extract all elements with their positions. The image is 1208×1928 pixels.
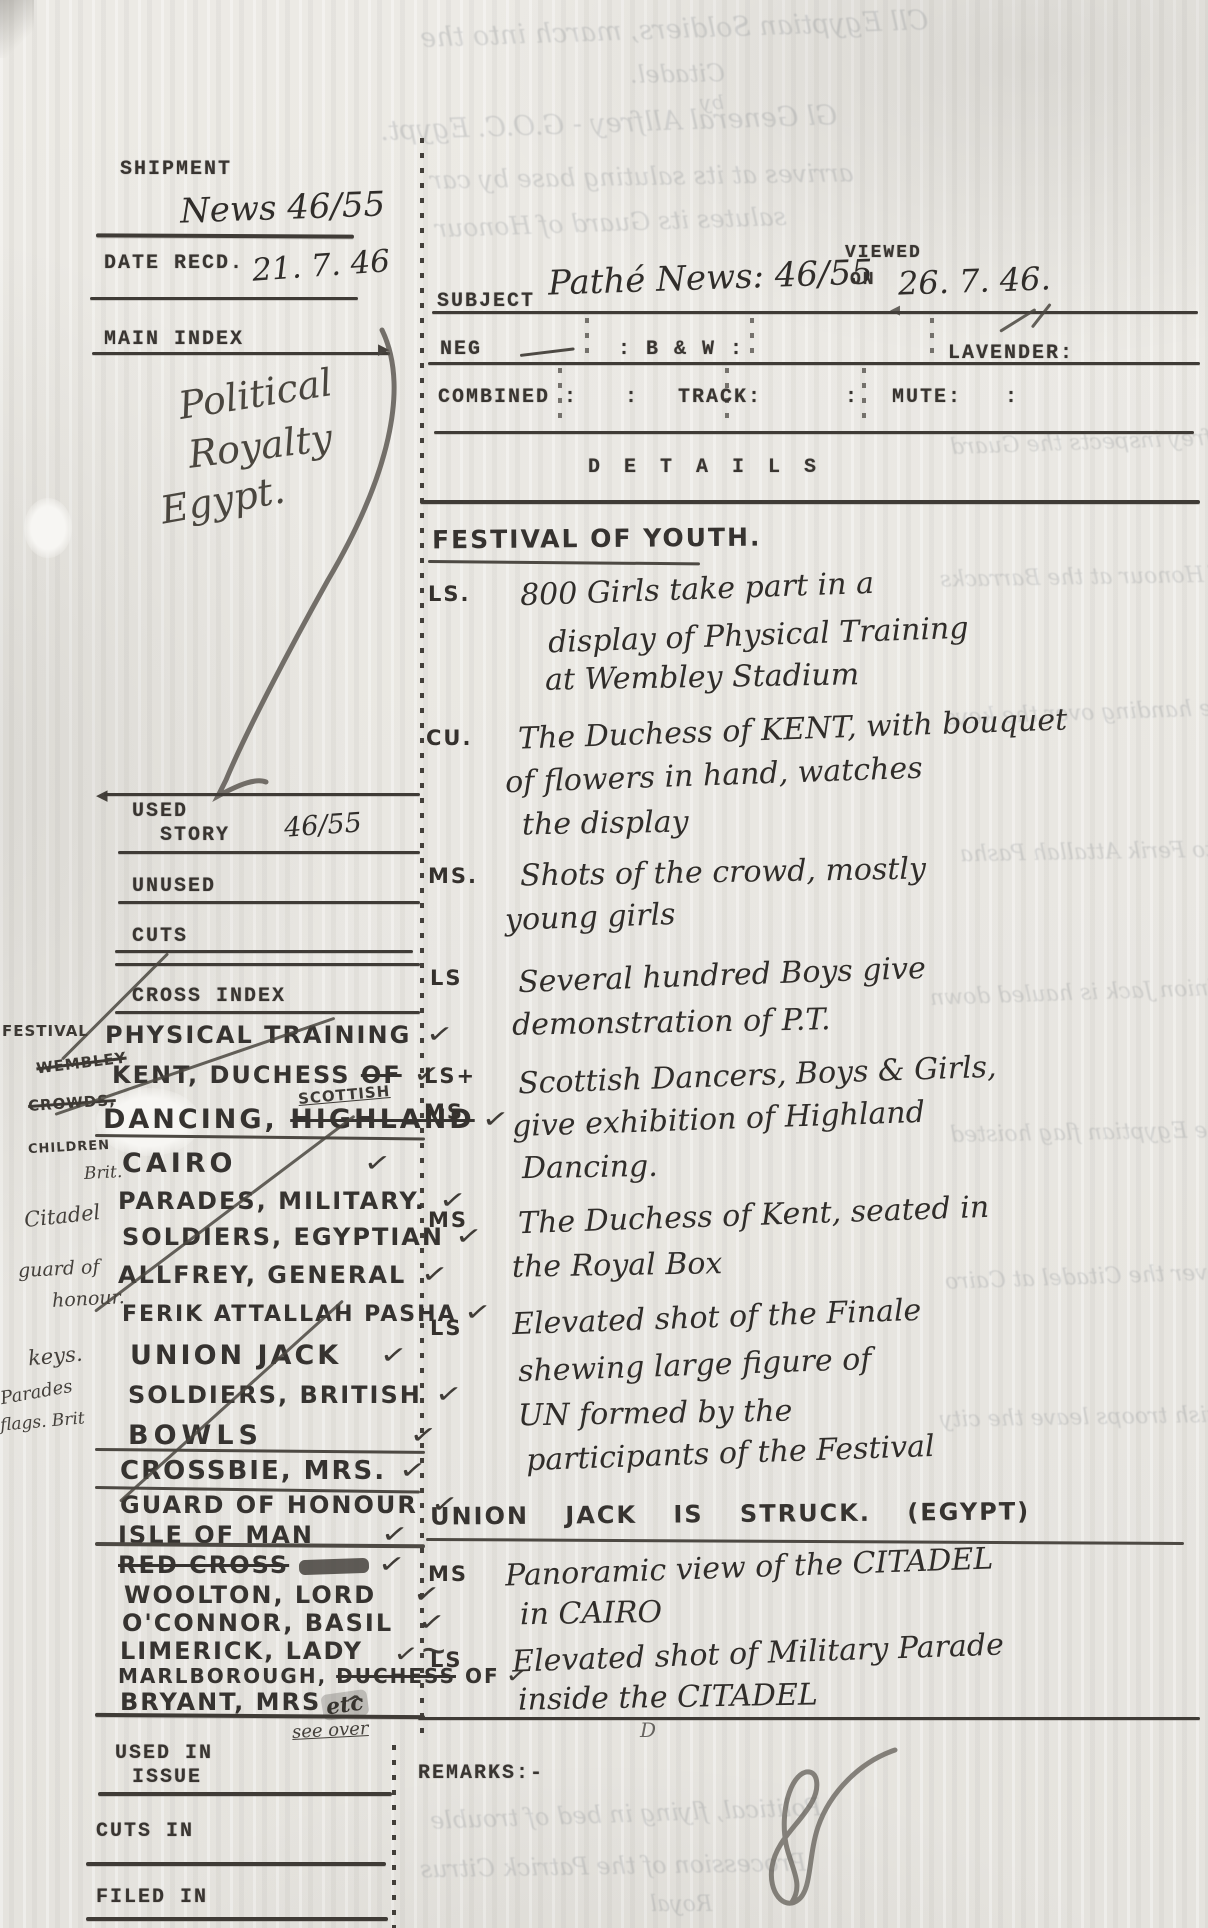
pen-arrow (520, 347, 575, 357)
cuts-in-label: CUTS IN (96, 1820, 194, 1843)
item-label: BRYANT, MRS (120, 1688, 321, 1716)
shot-abbr: LS+ (424, 1064, 476, 1088)
rule (118, 851, 420, 854)
margin-note: Brit. (84, 1162, 123, 1184)
story-value-handwritten: 46/55 (283, 807, 363, 843)
shot-line: Panoramic view of the CITADEL (505, 1541, 994, 1593)
bleed-through-line: and the Egyptian flag hoisted (950, 1117, 1208, 1148)
colon-mark: : (1005, 386, 1019, 409)
cross-index-item: CAIRO✓ (122, 1148, 392, 1179)
bleed-through-line: Citadel. (630, 59, 725, 89)
item-label: OF (465, 1664, 500, 1688)
item-label: DANCING, (103, 1104, 278, 1135)
rule (95, 1713, 425, 1719)
shot-line: participants of the Festival (526, 1429, 936, 1478)
colon-mark: : (845, 386, 859, 409)
dotted-column (930, 318, 934, 362)
shot-line: shewing large figure of (517, 1342, 871, 1389)
pen-stroke (150, 318, 410, 808)
corner-fold (0, 0, 34, 58)
bleed-through-line: Cll Egyptian Soldiers, march into the (420, 5, 929, 54)
cross-index-item: KENT, DUCHESS OF✓ (112, 1060, 439, 1090)
rule (428, 362, 1200, 365)
item-label: CAIRO (122, 1148, 237, 1179)
arrow-left-icon: ◀ (890, 303, 902, 318)
section-title: FESTIVAL OF YOUTH. (432, 523, 762, 555)
margin-note: honour. (51, 1286, 125, 1312)
rule (418, 1717, 1200, 1720)
item-label: FERIK ATTALLAH PASHA (122, 1302, 457, 1327)
shot-abbr: LS (430, 1648, 463, 1672)
check-mark: ✓ (392, 1639, 420, 1669)
shot-line: The Duchess of Kent, seated in (518, 1190, 990, 1241)
item-label: RED CROSS (118, 1551, 289, 1579)
cuts-label: CUTS (132, 925, 188, 948)
bleed-through-line: over the Citadel at Cairo (945, 1260, 1208, 1295)
rule (420, 500, 1200, 504)
see-over-note: see over (292, 1718, 370, 1743)
cross-index-item: WOOLTON, LORD✓ (124, 1580, 440, 1610)
rule (90, 297, 358, 300)
shot-line: in CAIRO (520, 1595, 663, 1632)
details-heading: D E T A I L S (588, 456, 822, 479)
margin-note: keys. (27, 1342, 83, 1371)
used-story-label: USED (132, 800, 188, 823)
cross-index-item: BOWLS✓ (128, 1420, 440, 1451)
page-mark: D (640, 1718, 656, 1742)
item-label: PARADES, MILITARY. (118, 1187, 426, 1215)
cross-index-item: ALLFREY, GENERAL✓ (118, 1260, 448, 1290)
margin-note: guard of (17, 1256, 100, 1282)
subject-label: SUBJECT (437, 290, 535, 313)
scribbled-out-word (299, 1557, 369, 1574)
check-mark: ✓ (379, 1339, 413, 1372)
unused-label: UNUSED (132, 875, 216, 898)
item-label: SOLDIERS, EGYPTIAN (122, 1223, 444, 1251)
margin-note: flags. Brit (0, 1408, 85, 1435)
item-label: LIMERICK, LADY (120, 1637, 363, 1665)
rule (96, 233, 354, 238)
shot-line: Shots of the crowd, mostly (520, 851, 927, 893)
shot-abbr: MS. (428, 864, 478, 888)
rule (115, 1011, 420, 1014)
check-mark: ✓ (408, 1419, 444, 1452)
cross-index-item: SOLDIERS, BRITISH✓ (128, 1380, 462, 1410)
margin-note: CHILDREN (28, 1138, 111, 1157)
dotted-column (585, 318, 589, 362)
rule (86, 1917, 388, 1921)
shot-abbr: MS (428, 1562, 468, 1586)
item-label: GUARD OF HONOUR (120, 1491, 418, 1519)
colon-mark: : (625, 386, 639, 409)
shot-line: of flowers in hand, watches (505, 751, 924, 801)
viewed-date-handwritten: 26. 7. 46. (897, 259, 1051, 302)
shot-line: at Wembley Stadium (545, 657, 860, 697)
index-card-scan: Cll Egyptian Soldiers, march into the Ci… (0, 0, 1208, 1928)
bleed-through-line: salutes its Guard of Honour (435, 202, 787, 243)
item-label: O'CONNOR, BASIL (122, 1609, 393, 1637)
shipment-value-handwritten: News 46/55 (179, 184, 385, 231)
margin-note: Citadel (23, 1200, 101, 1232)
check-mark: ✓ (420, 1259, 453, 1292)
bleed-through-line: to Ferik Attallah Pasha (960, 838, 1208, 867)
shipment-label: SHIPMENT (120, 158, 232, 181)
track-label: TRACK: (678, 386, 762, 409)
paper-hole (24, 498, 72, 558)
check-mark: ✓ (480, 1103, 514, 1136)
item-label: UNION JACK (130, 1340, 341, 1371)
check-mark: ✓ (362, 1147, 397, 1180)
filed-in-label: FILED IN (96, 1886, 208, 1909)
bleed-through-line: arrives at its saluting base by car (430, 158, 854, 194)
margin-note: FESTIVAL (2, 1022, 89, 1040)
bleed-through-line: of Honour at the Barracks (940, 562, 1208, 592)
dotted-column (750, 318, 754, 362)
pen-underline (428, 560, 700, 565)
rule (432, 311, 1198, 314)
bleed-through-line: Gl General Allfrey - G.O.C. Egypt. (380, 100, 838, 147)
pen-mark (1031, 303, 1052, 328)
date-received-label: DATE RECD. (104, 252, 244, 275)
shot-abbr: CU. (426, 726, 472, 750)
rule (434, 431, 1194, 434)
cross-index-item: PARADES, MILITARY.✓ (118, 1186, 466, 1216)
pen-underline (426, 1538, 1184, 1545)
check-mark: ✓ (377, 1549, 410, 1582)
mute-label: MUTE: (892, 386, 962, 409)
item-label: MARLBOROUGH, (118, 1664, 327, 1688)
rule (115, 950, 413, 953)
item-label: CROSSBIE, MRS. (120, 1456, 386, 1486)
viewed-on-label: ON (850, 270, 876, 290)
check-mark: ✓ (433, 1379, 466, 1412)
neg-value: : B & W : (618, 338, 744, 361)
shot-abbr: LS (430, 966, 463, 990)
used-in-label: USED IN (115, 1742, 213, 1765)
cross-index-label: CROSS INDEX (132, 985, 286, 1008)
combined-label: COMBINED : (438, 386, 578, 409)
check-mark: ✓ (425, 1019, 458, 1052)
shot-line: give exhibition of Highland (512, 1095, 926, 1144)
cross-index-item: O'CONNOR, BASIL✓ (122, 1608, 445, 1638)
item-label: KENT, DUCHESS (112, 1061, 351, 1089)
shot-abbr: LS (430, 1316, 463, 1340)
rule (86, 1862, 386, 1866)
shot-abbr: MS (424, 1100, 464, 1124)
remarks-label: REMARKS:- (418, 1762, 544, 1785)
shot-line: Scottish Dancers, Boys & Girls, (518, 1050, 998, 1102)
shot-line: demonstration of P.T. (512, 1002, 831, 1043)
dotted-column (862, 368, 866, 428)
margin-note: Parades (0, 1376, 74, 1409)
date-received-value-handwritten: 21. 7. 46 (251, 243, 391, 289)
bleed-through-line: British troops leave the city (940, 1402, 1208, 1432)
neg-label: NEG (440, 338, 482, 361)
shot-line: 800 Girls take part in a (519, 566, 874, 613)
check-mark: ✓ (398, 1455, 431, 1488)
shot-abbr: MS (428, 1208, 468, 1232)
shot-line: the Royal Box (512, 1246, 723, 1285)
issue-label: ISSUE (132, 1766, 202, 1789)
shot-line: Dancing. (522, 1149, 658, 1186)
dotted-separator (392, 1745, 396, 1928)
item-label: ALLFREY, GENERAL (118, 1261, 406, 1289)
shot-line: Elevated shot of Military Parade (512, 1627, 1005, 1679)
subject-value-handwritten: Pathé News: 46/55 (547, 252, 873, 303)
shot-line: inside the CITADEL (518, 1677, 818, 1717)
shot-line: The Duchess of KENT, with bouquet (518, 702, 1068, 756)
shot-line: UN formed by the (518, 1394, 793, 1434)
rule (98, 1792, 392, 1796)
rule (118, 901, 420, 904)
shot-line: display of Physical Training (548, 611, 970, 661)
section-title: UNION JACK IS STRUCK. (EGYPT) (430, 1497, 1030, 1530)
rule (115, 963, 420, 966)
rule (104, 793, 420, 796)
cross-index-item: GUARD OF HONOUR✓ (120, 1490, 458, 1520)
shot-abbr: LS. (428, 582, 470, 606)
shot-line: Several hundred Boys give (518, 951, 927, 1000)
cross-index-item: MARLBOROUGH, DUCHESS OF✓ (118, 1664, 528, 1689)
shot-line: Elevated shot of the Finale (512, 1293, 922, 1342)
signature-scribble (680, 1732, 920, 1922)
story-label: STORY (160, 824, 230, 847)
item-label: SOLDIERS, BRITISH (128, 1381, 422, 1409)
item-label: WOOLTON, LORD (124, 1581, 376, 1609)
shot-line: the display (522, 805, 689, 843)
shot-line: young girls (504, 897, 676, 938)
check-mark: ✓ (462, 1297, 495, 1330)
cross-index-item: RED CROSS✓ (118, 1550, 405, 1580)
viewed-label: VIEWED (845, 243, 922, 263)
bleed-through-line: the Union Jack is hauled down (930, 974, 1208, 1011)
